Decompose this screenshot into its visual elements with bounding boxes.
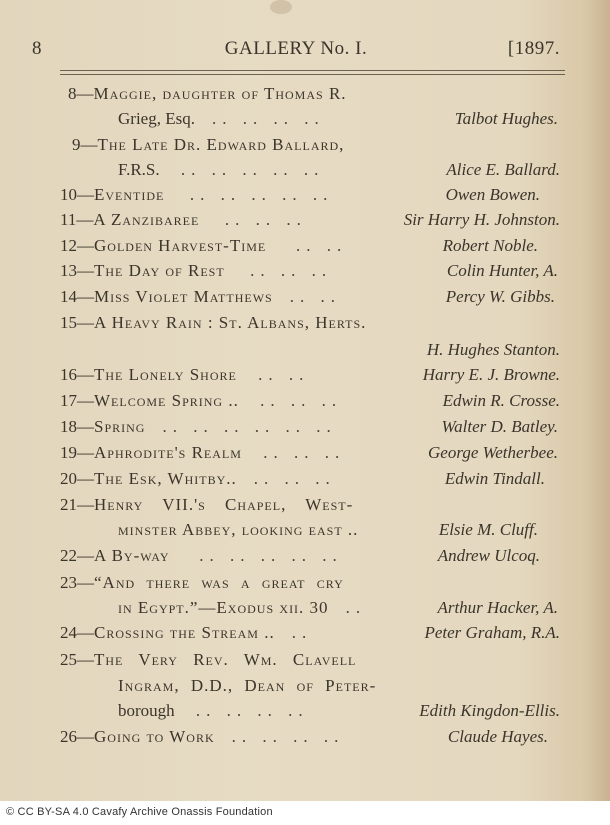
entry-23-line-1: 23—“And there was a great cry: [60, 571, 344, 595]
entry-number: 21: [60, 493, 77, 517]
entry-14-artist: Percy W. Gibbs.: [446, 285, 555, 309]
entry-number: 20: [60, 467, 77, 491]
entry-title: Eventide: [94, 185, 164, 204]
entry-title: Aphrodite's Realm: [94, 443, 242, 462]
entry-8-artist: Talbot Hughes.: [455, 107, 558, 131]
entry-15-artist: H. Hughes Stanton.: [427, 338, 560, 362]
entry-number: 18: [60, 415, 77, 439]
entry-22: 22—A By-way .. .. .. .. ..: [60, 544, 343, 568]
license-credit: © CC BY-SA 4.0 Cavafy Archive Onassis Fo…: [6, 806, 273, 818]
entry-title: Going to Work: [94, 727, 215, 746]
entry-title: Maggie, daughter of Thomas R.: [94, 84, 347, 103]
entry-number: 19: [60, 441, 77, 465]
entry-title-cont: minster Abbey, looking east ..: [118, 520, 358, 539]
dot-leader: .. .. .. .. .. ..: [162, 417, 336, 436]
entry-26: 26—Going to Work .. .. .. ..: [60, 725, 344, 749]
entry-title: A Heavy Rain : St. Albans, Herts.: [94, 313, 366, 332]
entry-title-cont: Grieg, Esq.: [118, 109, 195, 128]
entry-number: 12: [60, 234, 77, 258]
entry-25-line-2: Ingram, D.D., Dean of Peter-: [118, 674, 376, 698]
entry-title: Welcome Spring ..: [94, 391, 239, 410]
dot-leader: .. .. .. .. ..: [190, 185, 334, 204]
entry-11-artist: Sir Harry H. Johnston.: [404, 208, 560, 232]
entry-number: 8: [68, 82, 77, 106]
entry-title: Spring: [94, 417, 145, 436]
entry-11: 11—A Zanzibaree .. .. ..: [60, 208, 307, 232]
entry-title: Golden Harvest-Time: [94, 236, 266, 255]
entry-13-artist: Colin Hunter, A.: [447, 259, 558, 283]
entry-title: A By-way: [94, 546, 169, 565]
entry-number: 24: [60, 621, 77, 645]
entry-19: 19—Aphrodite's Realm .. .. ..: [60, 441, 345, 465]
dot-leader: .. .. ..: [263, 443, 345, 462]
dot-leader: ..: [346, 598, 367, 617]
entry-17-artist: Edwin R. Crosse.: [443, 389, 560, 413]
entry-number: 14: [60, 285, 77, 309]
entry-25-line-1: 25—The Very Rev. Wm. Clavell: [60, 648, 356, 672]
entry-10: 10—Eventide .. .. .. .. ..: [60, 183, 333, 207]
dot-leader: .. .. .. .. ..: [181, 160, 325, 179]
entry-number: 15: [60, 311, 77, 335]
entry-23-artist: Arthur Hacker, A.: [437, 596, 558, 620]
entry-title: The Esk, Whitby..: [94, 469, 237, 488]
entry-17: 17—Welcome Spring .. .. .. ..: [60, 389, 342, 413]
entry-number: 23: [60, 571, 77, 595]
entry-13: 13—The Day of Rest .. .. ..: [60, 259, 332, 283]
entry-12: 12—Golden Harvest-Time .. ..: [60, 234, 347, 258]
entry-21-artist: Elsie M. Cluff.: [439, 518, 538, 542]
entry-20-artist: Edwin Tindall.: [445, 467, 545, 491]
entry-8-line-1: 8—Maggie, daughter of Thomas R.: [68, 82, 347, 106]
entry-title: “And there was a great cry: [94, 573, 344, 592]
entry-number: 16: [60, 363, 77, 387]
entry-title: Henry VII.'s Chapel, West-: [94, 495, 353, 514]
entry-title: The Lonely Shore: [94, 365, 237, 384]
entry-number: 17: [60, 389, 77, 413]
dot-leader: ..: [292, 623, 313, 642]
entry-number: 13: [60, 259, 77, 283]
dot-leader: .. .. .. ..: [212, 109, 325, 128]
entry-20: 20—The Esk, Whitby.. .. .. ..: [60, 467, 336, 491]
entry-9-line-1: 9—The Late Dr. Edward Ballard,: [72, 133, 344, 157]
entry-number: 10: [60, 183, 77, 207]
entry-23-line-2: in Egypt.”—Exodus xii. 30 ..: [118, 596, 366, 620]
entry-title-cont: F.R.S.: [118, 160, 160, 179]
dot-leader: .. .. ..: [260, 391, 342, 410]
entry-title-cont: in Egypt.”—Exodus xii. 30: [118, 598, 329, 617]
entry-14: 14—Miss Violet Matthews .. ..: [60, 285, 341, 309]
entry-12-artist: Robert Noble.: [443, 234, 538, 258]
entry-title: The Very Rev. Wm. Clavell: [94, 650, 356, 669]
entry-25-line-3: borough .. .. .. ..: [118, 699, 309, 723]
dot-leader: .. ..: [258, 365, 309, 384]
dot-leader: .. .. .. ..: [196, 701, 309, 720]
page-title: GALLERY No. I.: [32, 38, 560, 60]
entry-number: 9: [72, 133, 81, 157]
entry-18: 18—Spring .. .. .. .. .. ..: [60, 415, 337, 439]
dot-leader: .. .. ..: [250, 261, 332, 280]
header-year: [1897.: [508, 38, 560, 60]
entry-title-cont: borough: [118, 701, 175, 720]
entry-9-line-2: F.R.S. .. .. .. .. ..: [118, 158, 324, 182]
entry-21-line-1: 21—Henry VII.'s Chapel, West-: [60, 493, 353, 517]
entry-title: The Day of Rest: [94, 261, 225, 280]
entry-26-artist: Claude Hayes.: [448, 725, 548, 749]
entry-8-line-2: Grieg, Esq. .. .. .. ..: [118, 107, 325, 131]
dot-leader: .. ..: [290, 287, 341, 306]
entry-title: The Late Dr. Edward Ballard,: [98, 135, 345, 154]
entry-title: Crossing the Stream ..: [94, 623, 275, 642]
dot-leader: .. ..: [296, 236, 347, 255]
entry-18-artist: Walter D. Batley.: [442, 415, 558, 439]
stain-mark: [270, 0, 292, 14]
entry-24: 24—Crossing the Stream .. ..: [60, 621, 312, 645]
entry-title-cont: Ingram, D.D., Dean of Peter-: [118, 676, 376, 695]
entry-number: 22: [60, 544, 77, 568]
dot-leader: .. .. .. ..: [232, 727, 345, 746]
entry-number: 11: [60, 208, 76, 232]
dot-leader: .. .. ..: [254, 469, 336, 488]
dot-leader: .. .. ..: [225, 210, 307, 229]
entry-16-artist: Harry E. J. Browne.: [423, 363, 560, 387]
entry-19-artist: George Wetherbee.: [428, 441, 558, 465]
entry-24-artist: Peter Graham, R.A.: [424, 621, 560, 645]
entry-25-artist: Edith Kingdon-Ellis.: [419, 699, 560, 723]
entry-title: Miss Violet Matthews: [94, 287, 273, 306]
dot-leader: .. .. .. .. ..: [199, 546, 343, 565]
entry-number: 26: [60, 725, 77, 749]
entry-9-artist: Alice E. Ballard.: [446, 158, 560, 182]
entry-16: 16—The Lonely Shore .. ..: [60, 363, 309, 387]
entry-10-artist: Owen Bowen.: [446, 183, 540, 207]
entry-15: 15—A Heavy Rain : St. Albans, Herts.: [60, 311, 366, 335]
entry-title: A Zanzibaree: [93, 210, 199, 229]
header-rule-top: [60, 70, 565, 71]
entry-number: 25: [60, 648, 77, 672]
header-rule-bottom: [60, 74, 565, 75]
scanned-page: 8 GALLERY No. I. [1897. 8—Maggie, daught…: [0, 0, 610, 801]
entry-21-line-2: minster Abbey, looking east ..: [118, 518, 358, 542]
entry-22-artist: Andrew Ulcoq.: [438, 544, 540, 568]
running-header: 8 GALLERY No. I. [1897.: [32, 38, 560, 62]
